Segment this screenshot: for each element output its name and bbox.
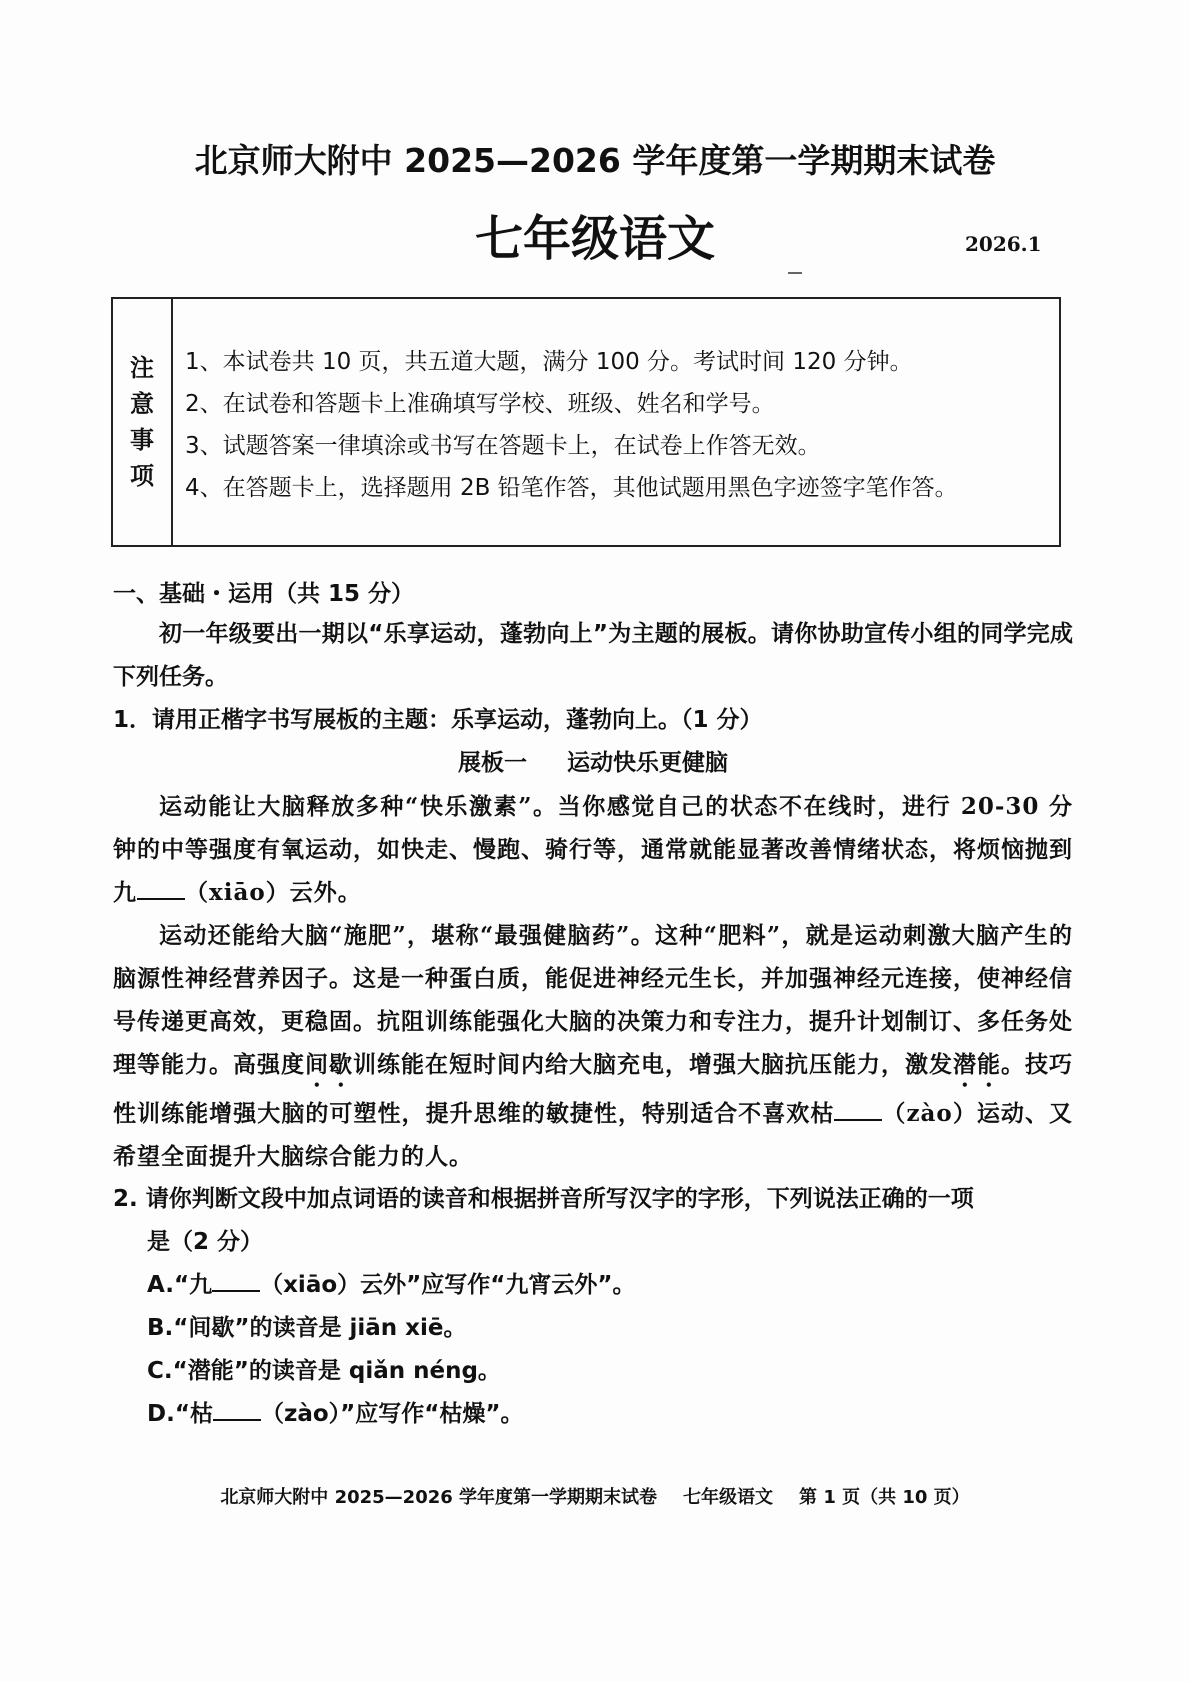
footer-subject: 七年级语文 — [683, 1487, 773, 1508]
option-b[interactable]: B.“间歇”的读音是 jiān xiē。 — [113, 1307, 1073, 1350]
option-text: （zào）”应写作“枯燥”。 — [261, 1401, 524, 1427]
option-d[interactable]: D.“枯（zào）”应写作“枯燥”。 — [113, 1393, 1073, 1436]
option-text: （xiāo）云外”应写作“九宵云外”。 — [260, 1272, 635, 1298]
footer-page: 第 1 页（共 10 页） — [799, 1487, 970, 1508]
page-footer: 北京师大附中 2025—2026 学年度第一学期期末试卷七年级语文第 1 页（共… — [0, 1483, 1190, 1509]
section-heading: 一、基础・运用（共 15 分） — [113, 575, 1073, 613]
notice-item: 1、本试卷共 10 页，共五道大题，满分 100 分。考试时间 120 分钟。 — [185, 341, 958, 383]
board-heading: 展板一运动快乐更健脑 — [113, 742, 1073, 785]
option-text: D.“枯 — [147, 1401, 213, 1427]
question-2-stem-cont: 是（2 分） — [113, 1221, 1073, 1264]
question-1: 1．请用正楷字书写展板的主题：乐享运动，蓬勃向上。（1 分） — [113, 699, 1073, 742]
option-text: B.“间歇”的读音是 jiān xiē。 — [147, 1315, 467, 1341]
exam-date: 2026.1 — [965, 232, 1042, 256]
option-c[interactable]: C.“潜能”的读音是 qiǎn néng。 — [113, 1350, 1073, 1393]
notice-item: 2、在试卷和答题卡上准确填写学校、班级、姓名和学号。 — [185, 383, 958, 425]
notice-label-char: 项 — [130, 458, 154, 494]
dotted-word: 潜能 — [953, 1051, 1001, 1078]
notice-label: 注 意 事 项 — [113, 299, 173, 545]
exam-page: 北京师大附中 2025—2026 学年度第一学期期末试卷 七年级语文 2026.… — [0, 0, 1190, 1682]
fill-blank — [137, 876, 185, 900]
fill-blank — [213, 1397, 261, 1421]
board-label: 展板一 — [458, 750, 527, 776]
section-basics: 一、基础・运用（共 15 分） 初一年级要出一期以“乐享运动，蓬勃向上”为主题的… — [113, 575, 1073, 1436]
question-2-stem: 2. 请你判断文段中加点词语的读音和根据拼音所写汉字的字形，下列说法正确的一项 — [113, 1178, 1073, 1221]
notice-item: 3、试题答案一律填涂或书写在答题卡上，在试卷上作答无效。 — [185, 425, 958, 467]
fill-blank — [212, 1268, 260, 1292]
exam-title: 北京师大附中 2025—2026 学年度第一学期期末试卷 — [0, 135, 1190, 182]
article-paragraph-2: 运动还能给大脑“施肥”，堪称“最强健脑药”。这种“肥料”，就是运动刺激大脑产生的… — [113, 914, 1073, 1178]
section-intro: 初一年级要出一期以“乐享运动，蓬勃向上”为主题的展板。请你协助宣传小组的同学完成… — [113, 613, 1073, 699]
article-text: （xiāo）云外。 — [185, 879, 362, 906]
dotted-word: 间歇 — [305, 1051, 353, 1078]
scan-mark — [788, 272, 802, 274]
option-text: C.“潜能”的读音是 qiǎn néng。 — [147, 1358, 501, 1384]
board-title: 运动快乐更健脑 — [567, 750, 728, 776]
notice-item: 4、在答题卡上，选择题用 2B 铅笔作答，其他试题用黑色字迹签字笔作答。 — [185, 467, 958, 509]
article-paragraph-1: 运动能让大脑释放多种“快乐激素”。当你感觉自己的状态不在线时，进行 20-30 … — [113, 785, 1073, 914]
footer-school: 北京师大附中 2025—2026 学年度第一学期期末试卷 — [220, 1487, 657, 1508]
option-text: A.“九 — [147, 1272, 212, 1298]
notice-label-char: 事 — [130, 422, 154, 458]
fill-blank — [834, 1097, 882, 1121]
option-a[interactable]: A.“九（xiāo）云外”应写作“九宵云外”。 — [113, 1264, 1073, 1307]
notice-label-char: 注 — [130, 350, 154, 386]
notice-label-char: 意 — [130, 386, 154, 422]
notice-box: 注 意 事 项 1、本试卷共 10 页，共五道大题，满分 100 分。考试时间 … — [111, 297, 1061, 547]
notice-list: 1、本试卷共 10 页，共五道大题，满分 100 分。考试时间 120 分钟。 … — [173, 299, 958, 545]
article-text: 训练能在短时间内给大脑充电，增强大脑抗压能力，激发 — [353, 1051, 953, 1078]
